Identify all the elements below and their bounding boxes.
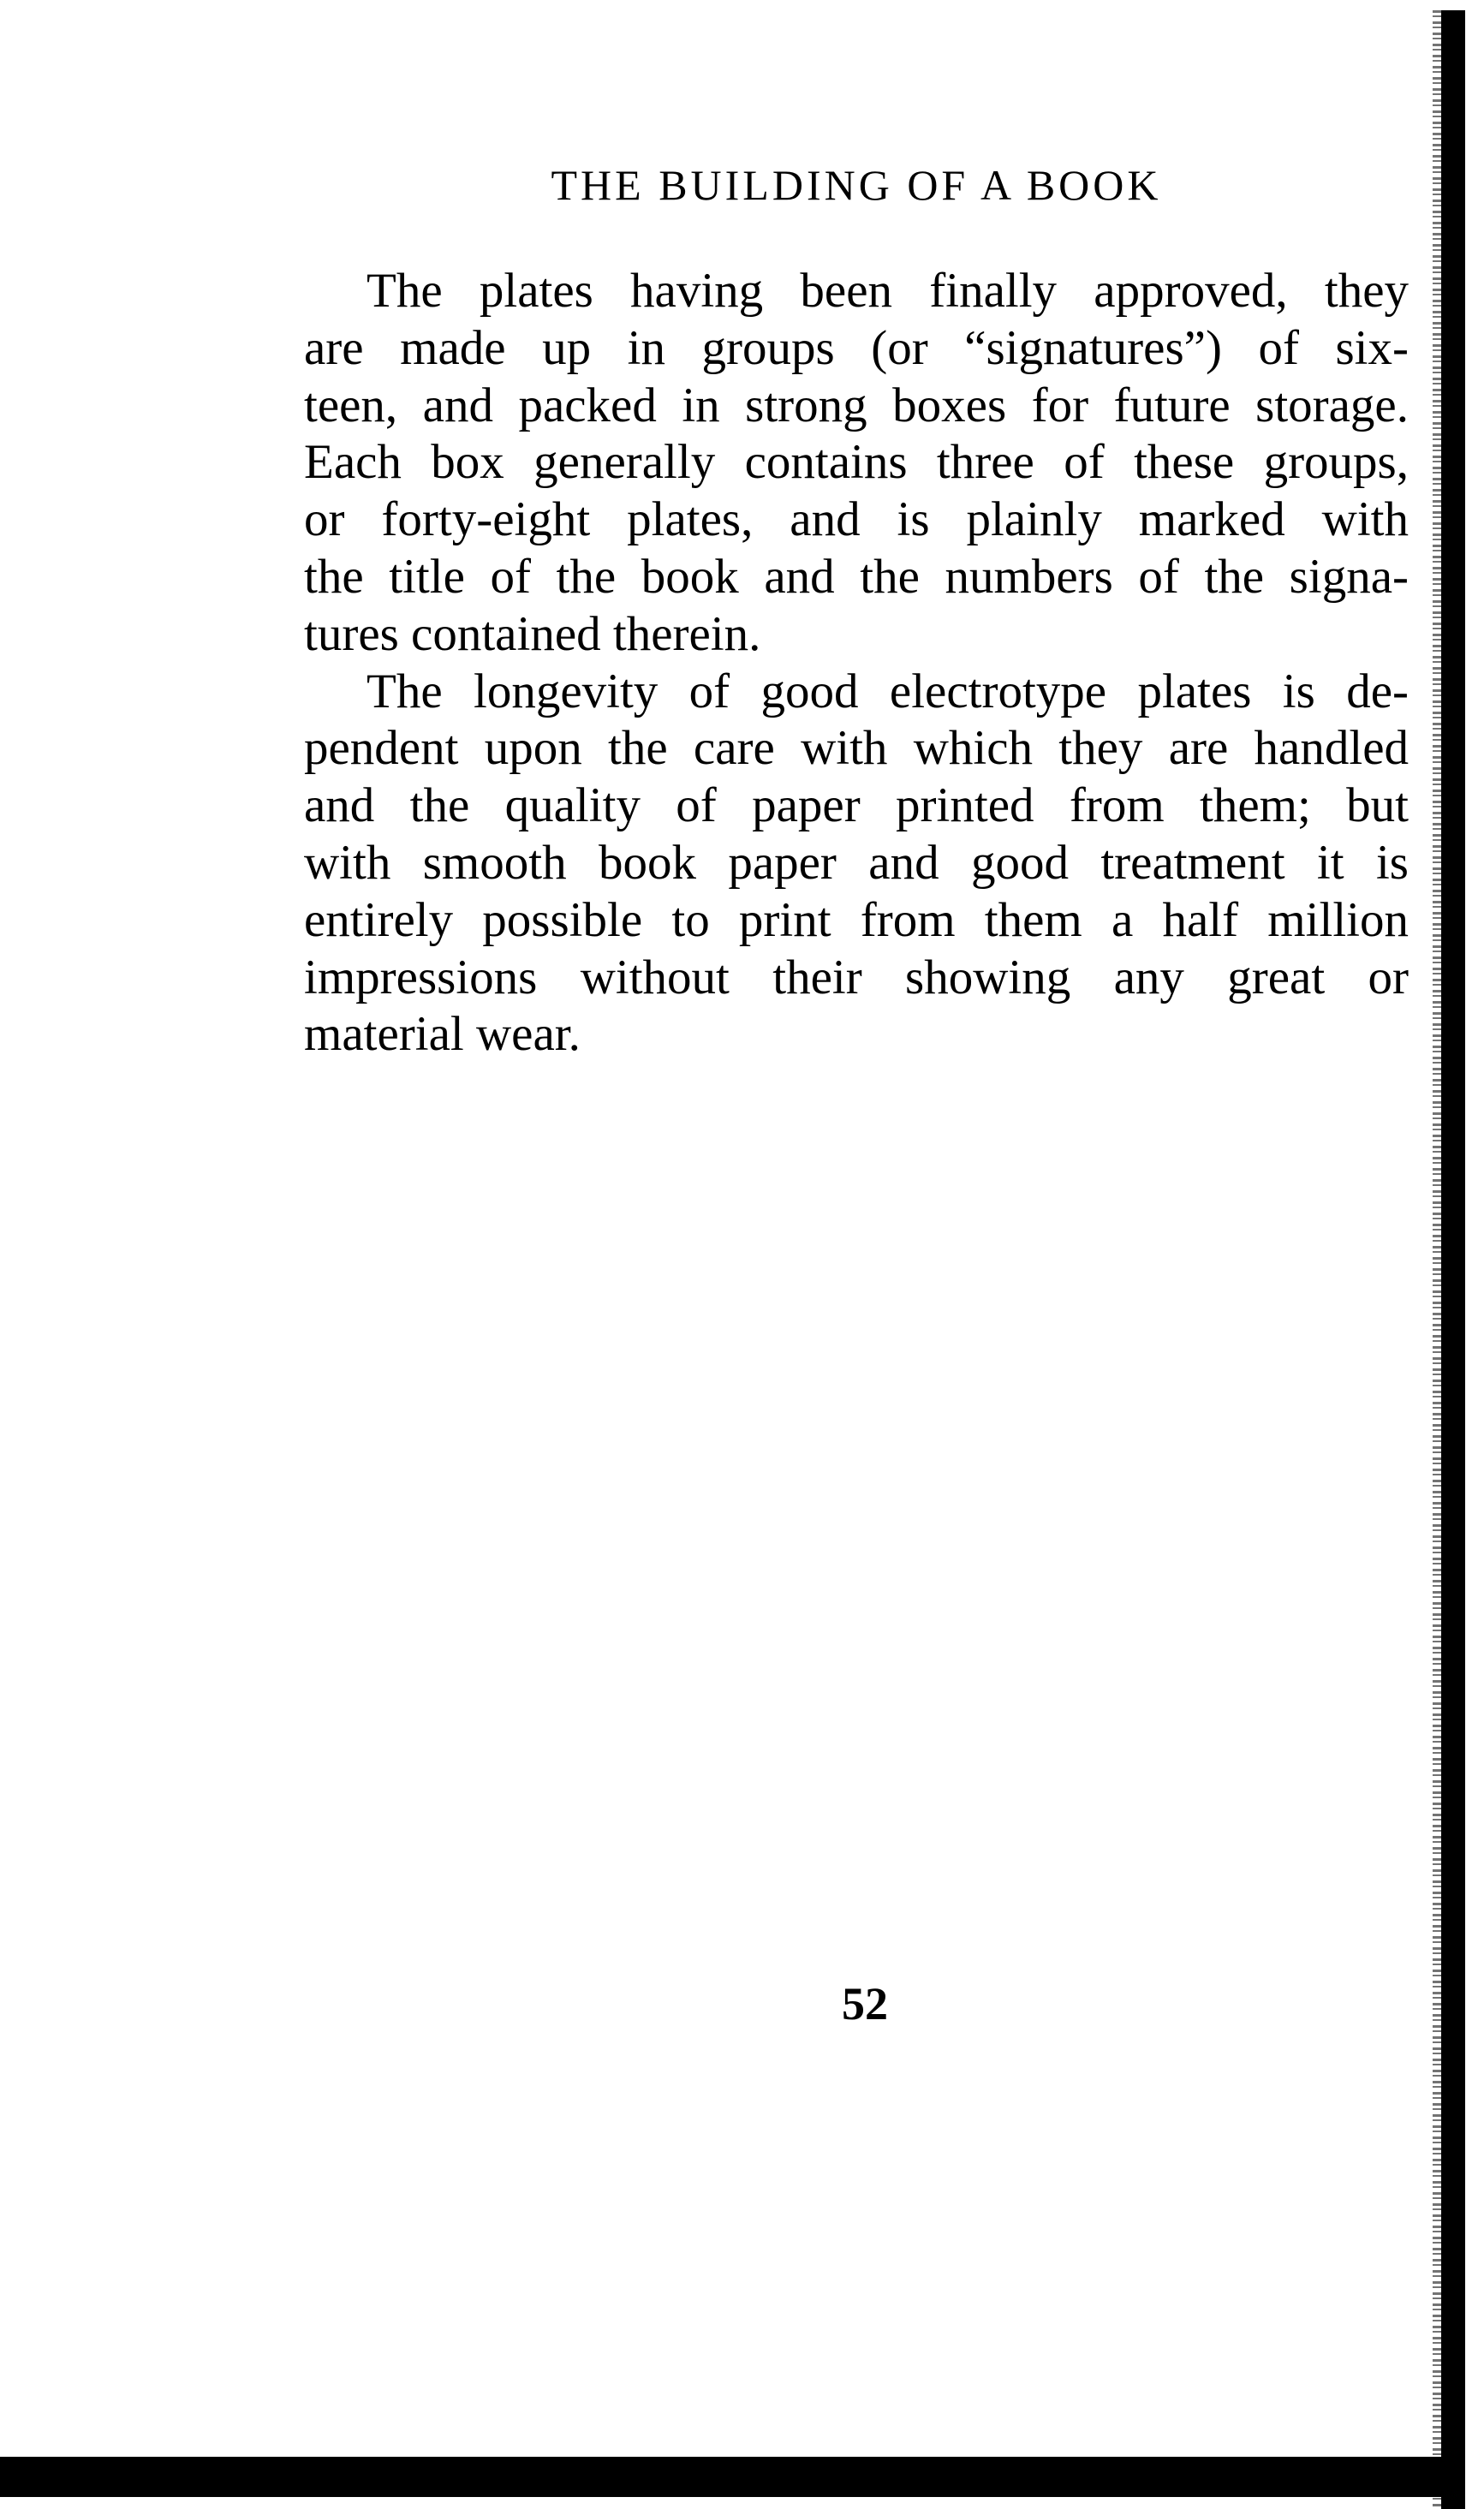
paragraph-1: The plates having been finally approved,…: [304, 263, 1409, 664]
running-head: THE BUILDING OF A BOOK: [304, 161, 1409, 209]
text-line: or forty-eight plates, and is plainly ma…: [304, 492, 1409, 549]
book-page: THE BUILDING OF A BOOK The plates having…: [0, 0, 1484, 2509]
paragraph-2: The longevity of good electrotype plates…: [304, 664, 1409, 1064]
text-line: entirely possible to print from them a h…: [304, 892, 1409, 950]
text-line: and the quality of paper printed from th…: [304, 778, 1409, 835]
text-line: The longevity of good electrotype plates…: [304, 664, 1409, 721]
scan-edge-right: [1441, 10, 1465, 2509]
body-text: The plates having been finally approved,…: [304, 263, 1409, 1064]
text-line: Each box generally contains three of the…: [304, 434, 1409, 492]
text-line: impressions without their showing any gr…: [304, 950, 1409, 1007]
text-line: The plates having been finally approved,…: [304, 263, 1409, 320]
scan-edge-bottom: [0, 2457, 1465, 2497]
text-line: are made up in groups (or “signatures”) …: [304, 320, 1409, 378]
text-line: with smooth book paper and good treatmen…: [304, 835, 1409, 892]
page-number: 52: [818, 1978, 912, 2029]
text-line: the title of the book and the numbers of…: [304, 549, 1409, 606]
text-line: pendent upon the care with which they ar…: [304, 720, 1409, 778]
text-line: tures contained therein.: [304, 606, 1409, 664]
text-line: material wear.: [304, 1006, 1409, 1064]
text-line: teen, and packed in strong boxes for fut…: [304, 378, 1409, 435]
